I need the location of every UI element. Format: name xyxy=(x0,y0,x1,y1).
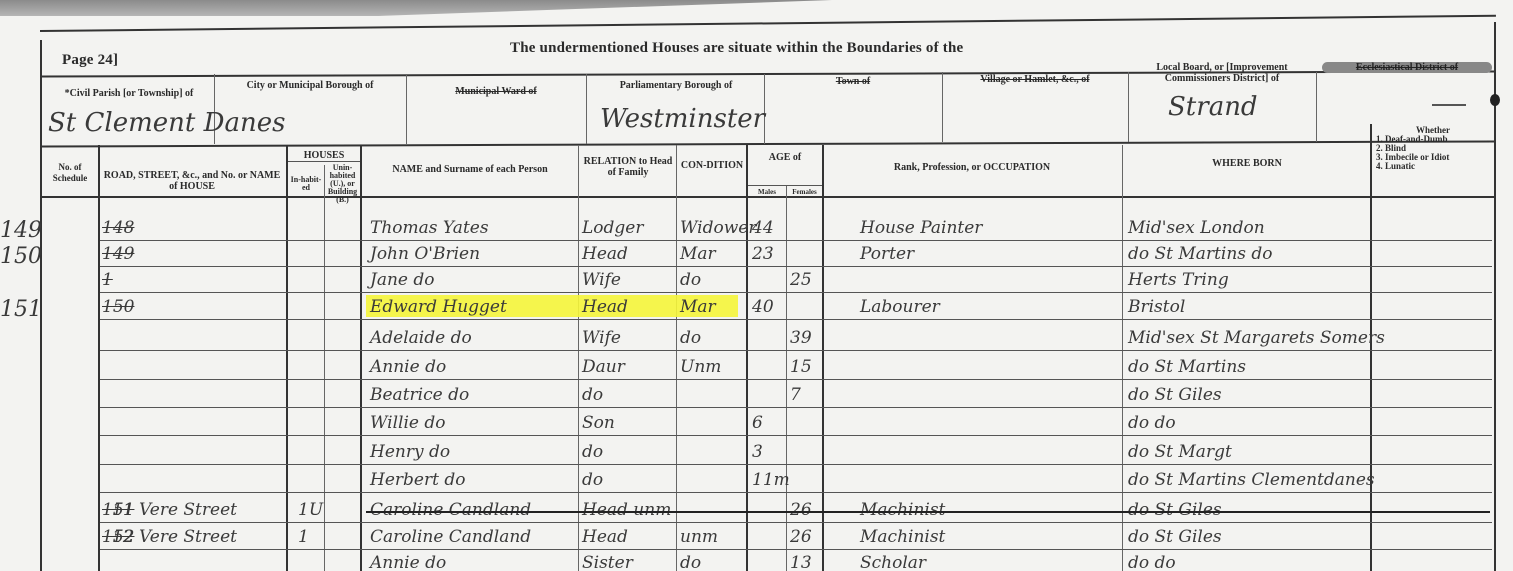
row-relation: Head xyxy=(582,297,628,317)
row-condition: do xyxy=(680,328,701,348)
col-sep xyxy=(286,145,288,571)
row-relation: Sister xyxy=(582,553,633,571)
col-sep xyxy=(360,145,362,571)
row-name: Caroline Candland xyxy=(370,500,531,520)
row-rule xyxy=(100,549,1492,550)
row-inhabited: 1 xyxy=(298,527,309,547)
district-municipal-ward-label: Municipal Ward of xyxy=(410,86,582,97)
sep xyxy=(1316,72,1317,142)
row-female: 25 xyxy=(790,270,812,290)
row-rule xyxy=(100,522,1492,523)
row-condition: Mar xyxy=(680,297,716,317)
district-civil-parish-value: St Clement Danes xyxy=(48,108,285,138)
col-header-born: WHERE BORN xyxy=(1124,158,1370,169)
district-local-board-label: Local Board, or [Improvement Commissione… xyxy=(1132,62,1312,84)
census-page: Page 24] The undermentioned Houses are s… xyxy=(0,0,1513,571)
row-condition: Widower xyxy=(680,218,756,238)
col-header-females: Females xyxy=(787,188,822,196)
page-number: Page 24] xyxy=(62,52,118,69)
col-sep xyxy=(98,145,100,571)
row-condition: Mar xyxy=(680,244,716,264)
row-name: John O'Brien xyxy=(370,244,480,264)
row-rule xyxy=(100,240,1492,241)
row-schedule: 150 xyxy=(102,297,134,317)
col-sep xyxy=(786,185,787,571)
row-female: 13 xyxy=(790,553,812,571)
row-occupation: Machinist xyxy=(860,500,945,520)
col-header-uninhabited: Unin-habited (U.), or Building (B.) xyxy=(325,164,360,204)
row-female: 26 xyxy=(790,500,812,520)
row-female: 7 xyxy=(790,385,801,405)
row-male: 3 xyxy=(752,442,763,462)
district-parliamentary-borough-label: Parliamentary Borough of xyxy=(590,80,762,91)
row-occupation: Scholar xyxy=(860,553,926,571)
row-occupation: Porter xyxy=(860,244,914,264)
col-header-schedule: No. of Schedule xyxy=(44,162,96,184)
row-born: do St Giles xyxy=(1128,385,1222,405)
row-name: Thomas Yates xyxy=(370,218,489,238)
row-relation: Lodger xyxy=(582,218,643,238)
col-sep xyxy=(324,165,325,571)
row-road: 12 Vere Street xyxy=(112,527,237,547)
row-relation: Daur xyxy=(582,357,625,377)
row-rule xyxy=(100,492,1492,493)
row-margin: 150 xyxy=(0,244,42,269)
row-rule xyxy=(100,379,1492,380)
col-header-houses: HOUSES xyxy=(288,150,360,162)
row-schedule: 149 xyxy=(102,244,134,264)
col-header-relation: RELATION to Head of Family xyxy=(580,156,676,178)
row-female: 15 xyxy=(790,357,812,377)
row-rule xyxy=(100,292,1492,293)
row-name: Jane do xyxy=(370,270,434,290)
district-town-label: Town of xyxy=(768,76,938,87)
col-header-age: AGE of xyxy=(748,152,822,163)
whether-4: 4. Lunatic xyxy=(1372,162,1494,171)
col-header-whether: Whether 1. Deaf-and-Dumb 2. Blind 3. Imb… xyxy=(1372,126,1494,171)
row-born: do St Martins Clementdanes xyxy=(1128,470,1375,490)
row-male: 6 xyxy=(752,413,763,433)
age-divider xyxy=(748,185,822,186)
row-relation: Head unm xyxy=(582,500,671,520)
column-header-bottom xyxy=(42,196,1494,198)
row-condition: do xyxy=(680,270,701,290)
district-village-label: Village or Hamlet, &c., of xyxy=(946,74,1124,85)
col-header-road: ROAD, STREET, &c., and No. or NAME of HO… xyxy=(100,170,284,192)
row-occupation: Labourer xyxy=(860,297,940,317)
row-female: 26 xyxy=(790,527,812,547)
page-banner: The undermentioned Houses are situate wi… xyxy=(510,40,963,57)
row-born: Herts Tring xyxy=(1128,270,1229,290)
row-name: Beatrice do xyxy=(370,385,469,405)
row-relation: Wife xyxy=(582,328,621,348)
strikeout-line xyxy=(366,511,1490,513)
district-ecclesiastical-label: Ecclesiastical District of xyxy=(1322,62,1492,73)
row-rule xyxy=(100,350,1492,351)
row-name: Willie do xyxy=(370,413,446,433)
row-relation: Head xyxy=(582,527,628,547)
district-bottom-line xyxy=(42,140,1494,147)
row-born: Mid'sex London xyxy=(1128,218,1265,238)
col-sep xyxy=(746,145,748,571)
row-born: do do xyxy=(1128,413,1176,433)
row-road: 11 Vere Street xyxy=(112,500,237,520)
row-male: 23 xyxy=(752,244,774,264)
col-sep xyxy=(822,145,824,571)
row-rule xyxy=(100,464,1492,465)
sep xyxy=(942,72,943,142)
district-ecclesiastical-dash xyxy=(1432,104,1466,106)
row-born: do St Giles xyxy=(1128,527,1222,547)
row-rule xyxy=(100,435,1492,436)
page-shadow xyxy=(0,0,1513,16)
col-header-condition: CON-DITION xyxy=(678,160,746,171)
row-relation: do xyxy=(582,470,603,490)
row-condition: Unm xyxy=(680,357,721,377)
district-local-board-value: Strand xyxy=(1168,92,1258,122)
row-margin: 149 xyxy=(0,218,42,243)
row-born: Mid'sex St Margarets Somers xyxy=(1128,328,1385,348)
row-rule xyxy=(100,319,1492,320)
row-inhabited: 1U xyxy=(298,500,323,520)
col-header-inhabited: In-habit-ed xyxy=(288,176,324,192)
row-name: Henry do xyxy=(370,442,450,462)
sep xyxy=(586,74,587,144)
col-header-name: NAME and Surname of each Person xyxy=(364,164,576,175)
sep xyxy=(1128,72,1129,142)
row-born: do St Giles xyxy=(1128,500,1222,520)
row-born: Bristol xyxy=(1128,297,1185,317)
row-male: 11m xyxy=(752,470,790,490)
row-born: do St Martins do xyxy=(1128,244,1273,264)
col-sep xyxy=(1122,145,1123,571)
row-margin: 151 xyxy=(0,297,42,322)
col-header-occupation: Rank, Profession, or OCCUPATION xyxy=(824,162,1120,173)
col-header-males: Males xyxy=(748,188,786,196)
row-relation: Head xyxy=(582,244,628,264)
row-condition: unm xyxy=(680,527,718,547)
row-relation: do xyxy=(582,385,603,405)
row-name: Adelaide do xyxy=(370,328,472,348)
sep xyxy=(406,74,407,144)
ink-blot xyxy=(1490,94,1500,106)
frame-top xyxy=(40,15,1496,32)
district-parliamentary-borough-value: Westminster xyxy=(600,104,765,134)
row-rule xyxy=(100,407,1492,408)
row-relation: do xyxy=(582,442,603,462)
row-occupation: House Painter xyxy=(860,218,982,238)
row-male: 40 xyxy=(752,297,774,317)
row-female: 39 xyxy=(790,328,812,348)
col-sep xyxy=(578,145,579,571)
row-born: do St Martins xyxy=(1128,357,1246,377)
district-municipal-borough-label: City or Municipal Borough of xyxy=(218,80,402,91)
row-male: 44 xyxy=(752,218,774,238)
row-schedule: 148 xyxy=(102,218,134,238)
row-relation: Son xyxy=(582,413,615,433)
row-schedule: 1 xyxy=(102,270,113,290)
row-condition: do xyxy=(680,553,701,571)
row-name: Annie do xyxy=(370,357,446,377)
row-name: Annie do xyxy=(370,553,446,571)
row-name: Edward Hugget xyxy=(370,297,507,317)
row-name: Herbert do xyxy=(370,470,465,490)
row-born: do St Margt xyxy=(1128,442,1232,462)
row-rule xyxy=(100,266,1492,267)
row-born: do do xyxy=(1128,553,1176,571)
district-civil-parish-label: *Civil Parish [or Township] of xyxy=(46,88,212,99)
col-sep xyxy=(676,145,677,571)
row-occupation: Machinist xyxy=(860,527,945,547)
row-relation: Wife xyxy=(582,270,621,290)
row-name: Caroline Candland xyxy=(370,527,531,547)
